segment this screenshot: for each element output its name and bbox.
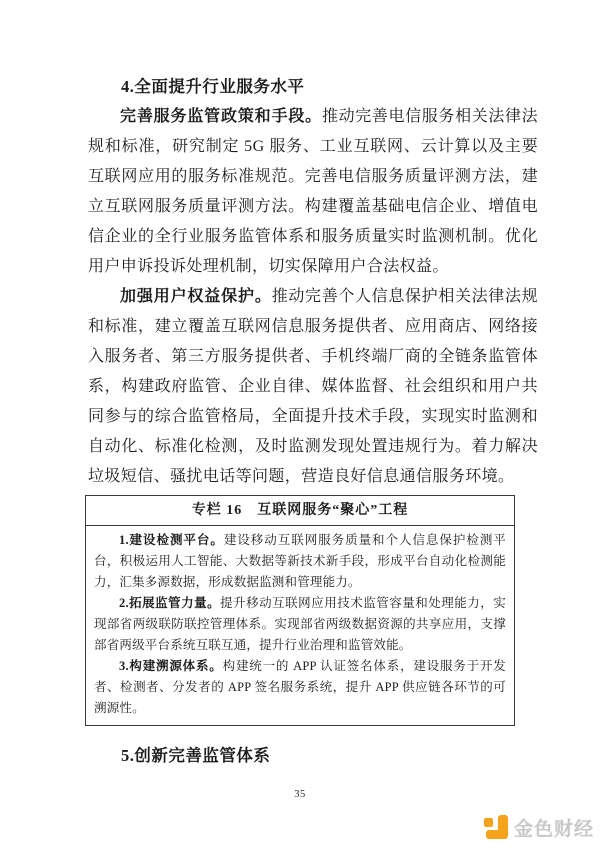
logo-dot-shape: [484, 818, 493, 827]
box-item-lead-bold: 1.建设检测平台。: [119, 533, 224, 547]
logo-hook-shape: [486, 830, 503, 839]
paragraph-lead-bold: 加强用户权益保护。: [120, 288, 272, 305]
column-16-box: 专栏 16 互联网服务“聚心”工程 1.建设检测平台。建设移动互联网服务质量和个…: [85, 495, 515, 726]
column-16-body: 1.建设检测平台。建设移动互联网服务质量和个人信息保护检测平台，积极运用人工智能…: [86, 526, 514, 725]
page-number: 35: [0, 789, 600, 800]
paragraph-service-policy: 完善服务监管政策和手段。推动完善电信服务相关法律法规和标准，研究制定 5G 服务…: [88, 102, 538, 282]
box-item-lead-bold: 2.拓展监管力量。: [119, 596, 220, 610]
column-16-title: 专栏 16 互联网服务“聚心”工程: [86, 496, 514, 526]
page-content: 4.全面提升行业服务水平 完善服务监管政策和手段。推动完善电信服务相关法律法规和…: [0, 0, 600, 771]
document-page: 4.全面提升行业服务水平 完善服务监管政策和手段。推动完善电信服务相关法律法规和…: [0, 0, 600, 848]
paragraph-body-text: 推动完善电信服务相关法律法规和标准，研究制定 5G 服务、工业互联网、云计算以及…: [88, 108, 538, 275]
box-item-lead-bold: 3.构建溯源体系。: [119, 659, 223, 673]
jinse-finance-watermark: 金色财经: [484, 814, 594, 841]
paragraph-lead-bold: 完善服务监管政策和手段。: [120, 108, 322, 125]
box-item-1: 1.建设检测平台。建设移动互联网服务质量和个人信息保护检测平台，积极运用人工智能…: [94, 530, 506, 593]
section-heading-5: 5.创新完善监管体系: [88, 741, 538, 771]
paragraph-body-text: 推动完善个人信息保护相关法律法规和标准，建立覆盖互联网信息服务提供者、应用商店、…: [88, 288, 538, 485]
jinse-logo-icon: [484, 815, 509, 840]
section-heading-4: 4.全面提升行业服务水平: [88, 72, 538, 102]
watermark-label: 金色财经: [514, 814, 594, 841]
box-item-2: 2.拓展监管力量。提升移动互联网应用技术监管容量和处理能力，实现部省两级联防联控…: [94, 593, 506, 656]
paragraph-user-rights: 加强用户权益保护。推动完善个人信息保护相关法律法规和标准，建立覆盖互联网信息服务…: [88, 282, 538, 492]
box-item-3: 3.构建溯源体系。构建统一的 APP 认证签名体系，建设服务于开发者、检测者、分…: [94, 656, 506, 719]
